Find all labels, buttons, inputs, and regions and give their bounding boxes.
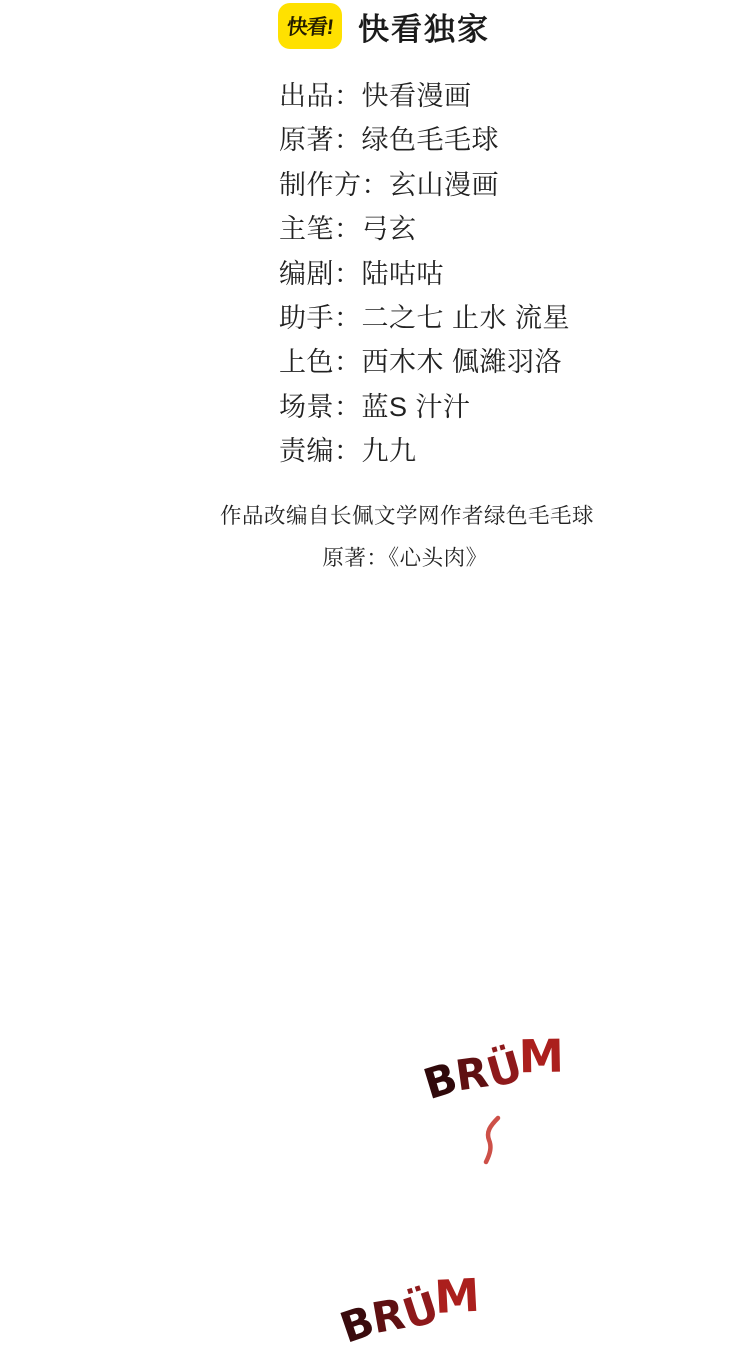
credit-line-producer: 出品：快看漫画 [279,74,570,118]
sfx-squiggle-stroke-icon [479,1114,505,1166]
sfx-brum-top: BRÜM [420,1033,567,1108]
credit-line-lead-artist: 主笔：弓玄 [279,207,570,251]
credit-line-assistants: 助手：二之七 止水 流星 [279,296,570,340]
credit-line-screenwriter: 编剧：陆咕咕 [279,252,570,296]
comic-credits-page: 快看! 快看独家 出品：快看漫画 原著：绿色毛毛球 制作方：玄山漫画 主笔：弓玄… [0,0,755,1345]
adaptation-note: 作品改编自长佩文学网作者绿色毛毛球 [220,499,594,530]
credit-line-studio: 制作方：玄山漫画 [279,163,570,207]
kuaikan-logo: 快看! [278,3,342,49]
credit-line-editor: 责编：九九 [279,429,570,473]
credit-line-original: 原著：绿色毛毛球 [279,118,570,162]
credit-line-colorists: 上色：西木木 偑濰羽洛 [279,340,570,384]
page-title: 快看独家 [358,4,490,49]
kuaikan-logo-text: 快看! [285,11,334,41]
sfx-brum-bottom: BRÜM [336,1272,484,1345]
credits-block: 出品：快看漫画 原著：绿色毛毛球 制作方：玄山漫画 主笔：弓玄 编剧：陆咕咕 助… [279,74,570,474]
credit-line-backgrounds: 场景：蓝S 汁汁 [279,385,570,429]
original-title-note: 原著：《心头肉》 [322,541,487,572]
